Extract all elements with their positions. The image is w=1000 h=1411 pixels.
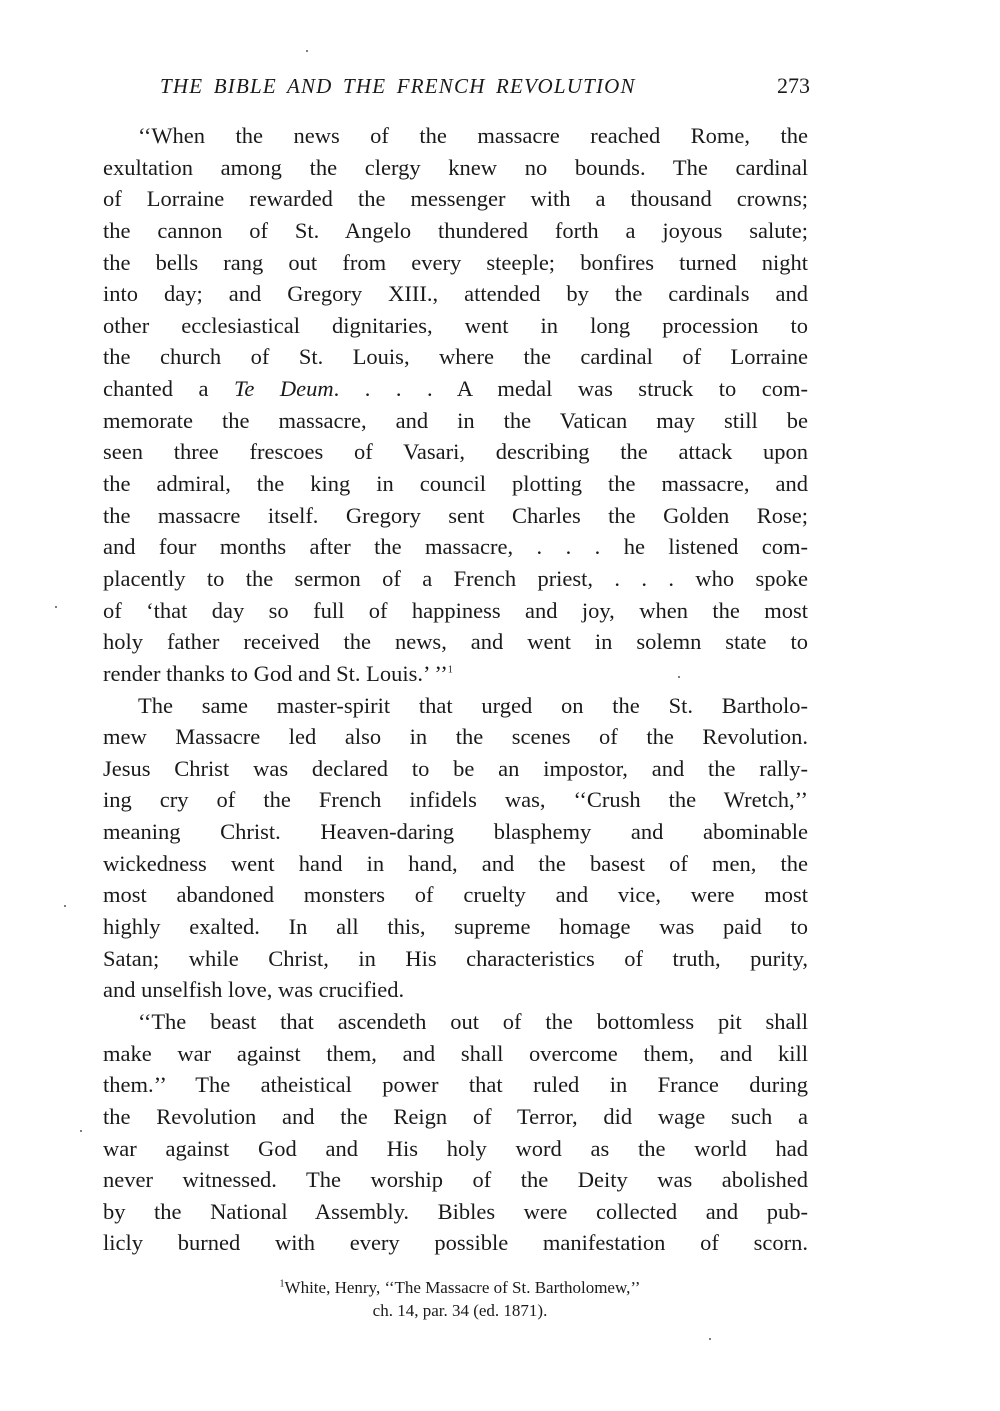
text-line: war against God and His holy word as the…	[103, 1133, 808, 1165]
text-line: render thanks to God and St. Louis.’ ’’1	[103, 658, 808, 690]
running-head: THE BIBLE AND THE FRENCH REVOLUTION 273	[160, 70, 810, 102]
footnote: 1White, Henry, ‘‘The Massacre of St. Bar…	[200, 1276, 720, 1322]
text-line: the cannon of St. Angelo thundered forth…	[103, 215, 808, 247]
text-line: seen three frescoes of Vasari, describin…	[103, 436, 808, 468]
scan-speck	[678, 676, 680, 678]
text-line: ing cry of the French infidels was, ‘‘Cr…	[103, 784, 808, 816]
footnote-reference: 1	[448, 664, 453, 675]
text-line: Jesus Christ was declared to be an impos…	[103, 753, 808, 785]
text-line: of ‘that day so full of happiness and jo…	[103, 595, 808, 627]
text-line: mew Massacre led also in the scenes of t…	[103, 721, 808, 753]
text-line: memorate the massacre, and in the Vatica…	[103, 405, 808, 437]
paragraph-quote-massacre: ‘‘When the news of the massacre reached …	[103, 120, 808, 690]
text-line: ‘‘The beast that ascendeth out of the bo…	[103, 1006, 808, 1038]
scan-speck	[709, 1338, 711, 1340]
text-line: licly burned with every possible manifes…	[103, 1227, 808, 1259]
text-line: of Lorraine rewarded the messenger with …	[103, 183, 808, 215]
body-text: ‘‘When the news of the massacre reached …	[103, 120, 808, 1259]
scan-speck	[64, 905, 66, 907]
text-line: make war against them, and shall overcom…	[103, 1038, 808, 1070]
text-line: exultation among the clergy knew no boun…	[103, 152, 808, 184]
page-number: 273	[777, 70, 810, 102]
text-line: the admiral, the king in council plottin…	[103, 468, 808, 500]
italic-te-deum: Te Deum	[234, 376, 334, 401]
text-line: The same master-spirit that urged on the…	[103, 690, 808, 722]
running-title: THE BIBLE AND THE FRENCH REVOLUTION	[160, 70, 636, 102]
text-line: most abandoned monsters of cruelty and v…	[103, 879, 808, 911]
text-line: chanted a Te Deum. . . . A medal was str…	[103, 373, 808, 405]
text-line: the massacre itself. Gregory sent Charle…	[103, 500, 808, 532]
text-line: highly exalted. In all this, supreme hom…	[103, 911, 808, 943]
text-line: the bells rang out from every steeple; b…	[103, 247, 808, 279]
text-line: them.’’ The atheistical power that ruled…	[103, 1069, 808, 1101]
text-line: never witnessed. The worship of the Deit…	[103, 1164, 808, 1196]
scan-speck	[80, 1130, 82, 1132]
text-line: into day; and Gregory XIII., attended by…	[103, 278, 808, 310]
text-line: the Revolution and the Reign of Terror, …	[103, 1101, 808, 1133]
text-line: other ecclesiastical dignitaries, went i…	[103, 310, 808, 342]
text-line: by the National Assembly. Bibles were co…	[103, 1196, 808, 1228]
footnote-line-2: ch. 14, par. 34 (ed. 1871).	[200, 1299, 720, 1322]
footnote-line-1: 1White, Henry, ‘‘The Massacre of St. Bar…	[200, 1276, 720, 1299]
text-line: Satan; while Christ, in His characterist…	[103, 943, 808, 975]
text-line: ‘‘When the news of the massacre reached …	[103, 120, 808, 152]
text-line: placently to the sermon of a French prie…	[103, 563, 808, 595]
text-line: wickedness went hand in hand, and the ba…	[103, 848, 808, 880]
text-line: holy father received the news, and went …	[103, 626, 808, 658]
paragraph-beast: ‘‘The beast that ascendeth out of the bo…	[103, 1006, 808, 1259]
text-line: and four months after the massacre, . . …	[103, 531, 808, 563]
text-line: the church of St. Louis, where the cardi…	[103, 341, 808, 373]
text-line: meaning Christ. Heaven-daring blasphemy …	[103, 816, 808, 848]
text-line: and unselfish love, was crucified.	[103, 974, 808, 1006]
scan-speck	[55, 606, 57, 608]
paragraph-master-spirit: The same master-spirit that urged on the…	[103, 690, 808, 1006]
scan-speck	[306, 50, 308, 52]
book-page: THE BIBLE AND THE FRENCH REVOLUTION 273 …	[0, 0, 1000, 1411]
